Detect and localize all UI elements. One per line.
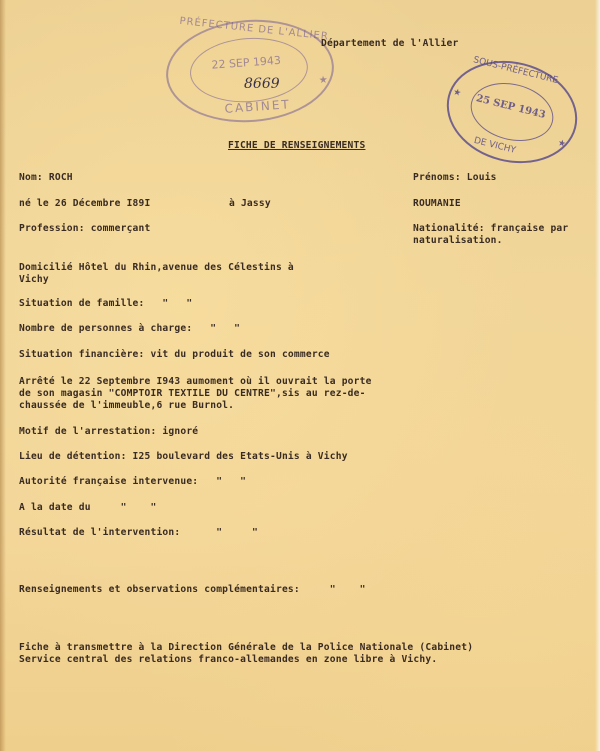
field-arrete-3: chaussée de l'immeuble,6 rue Burnol.	[19, 400, 234, 412]
field-renseignements: Renseignements et observations complémen…	[19, 584, 366, 596]
stamp-top-text: SOUS-PRÉFECTURE	[472, 55, 559, 86]
star-icon: ★	[452, 87, 462, 99]
field-profession: Profession: commerçant	[19, 223, 150, 235]
field-domicile-2: Vichy	[19, 274, 49, 286]
field-naissance: né le 26 Décembre I89I	[19, 198, 150, 210]
field-resultat: Résultat de l'intervention: " "	[19, 527, 258, 539]
field-nom: Nom: ROCH	[19, 172, 73, 184]
field-pays: ROUMANIE	[413, 198, 461, 210]
field-lieu-detention: Lieu de détention: I25 boulevard des Eta…	[19, 451, 348, 463]
department-heading: Département de l'Allier	[321, 38, 458, 50]
footer-line-2: Service central des relations franco-all…	[19, 654, 437, 666]
field-motif: Motif de l'arrestation: ignoré	[19, 426, 198, 438]
handwritten-number: 8669	[244, 76, 280, 92]
field-lieu-naissance: à Jassy	[229, 198, 271, 210]
field-nationalite-2: naturalisation.	[413, 235, 503, 247]
field-date-du: A la date du " "	[19, 502, 156, 514]
document-page: PRÉFECTURE DE L'ALLIER 22 SEP 1943 CABIN…	[0, 0, 600, 751]
field-autorite: Autorité française intervenue: " "	[19, 476, 246, 488]
star-icon: ★	[557, 138, 567, 150]
document-title: FICHE DE RENSEIGNEMENTS	[228, 140, 365, 152]
field-domicile-1: Domicilié Hôtel du Rhin,avenue des Céles…	[19, 262, 294, 274]
field-arrete-1: Arrêté le 22 Septembre I943 aumoment où …	[19, 376, 372, 388]
star-icon: ★	[318, 75, 328, 87]
field-prenoms: Prénoms: Louis	[413, 172, 497, 184]
field-nationalite-1: Nationalité: française par	[413, 223, 568, 235]
footer-line-1: Fiche à transmettre à la Direction Génér…	[19, 642, 473, 654]
sous-prefecture-stamp: SOUS-PRÉFECTURE 25 SEP 1943 DE VICHY ★ ★	[436, 48, 588, 177]
field-situation-famille: Situation de famille: " "	[19, 298, 192, 310]
field-arrete-2: de son magasin "COMPTOIR TEXTILE DU CENT…	[19, 388, 366, 400]
field-personnes-charge: Nombre de personnes à charge: " "	[19, 323, 240, 335]
prefecture-stamp: PRÉFECTURE DE L'ALLIER 22 SEP 1943 CABIN…	[163, 14, 338, 127]
field-situation-financiere: Situation financière: vit du produit de …	[19, 349, 330, 361]
